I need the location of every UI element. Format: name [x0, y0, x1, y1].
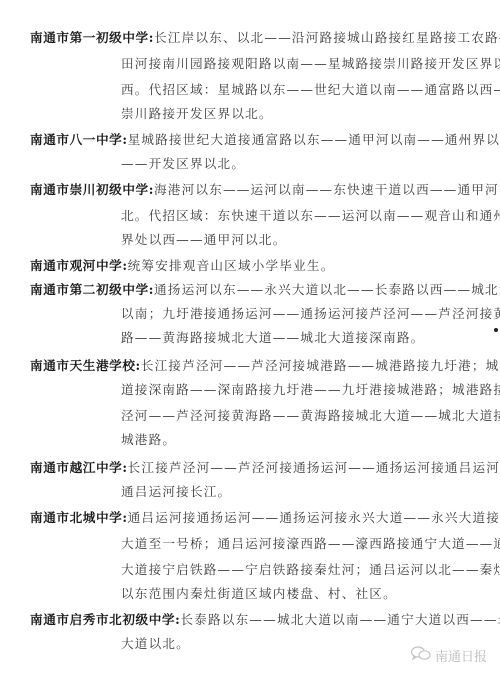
zone-text: 北。代招区域：东快速干道以东——运河以南——观音山和通州交	[121, 208, 500, 224]
zone-text: 以南；九圩港接通扬运河——通扬运河接芦泾河——芦泾河接黄海	[121, 306, 500, 322]
zone-text: 通扬运河以东——永兴大道以北——长泰路以西——城北大道	[154, 282, 500, 297]
zone-text: 大道至一号桥；通吕运河接濠西路——濠西路接通宁大道——通宁	[121, 536, 500, 552]
zone-text: 路——黄海路接城北大道——城北大道接深南路。	[121, 330, 424, 346]
zone-text: 大道接宁启铁路——宁启铁路接秦灶河；通吕运河以北——秦灶河	[121, 562, 500, 578]
zone-text: 泾河——芦泾河接黄海路——黄海路接城北大道——城北大道接	[121, 408, 500, 424]
watermark-text: 南通日报	[435, 646, 487, 665]
wechat-icon	[410, 645, 432, 665]
stray-dot-mark	[494, 328, 498, 332]
zone-text: 统筹安排观音山区域小学毕业生。	[128, 258, 335, 273]
zone-text: 田河接南川园路接观阳路以南——星城路接崇川路接开发区界以	[121, 56, 500, 72]
school-name: 南通市北城中学:	[30, 510, 128, 525]
zone-text: 通吕运河接通扬运河——通扬运河接永兴大道——永兴大道接通宁	[128, 510, 500, 525]
zone-text: 以东范围内秦灶街道区域内楼盘、村、社区。	[121, 586, 397, 602]
zone-text: 大道以北。	[121, 636, 190, 652]
school-name: 南通市启秀市北初级中学:	[30, 612, 180, 627]
zone-text: 西。代招区域：星城路以东——世纪大道以南——通富路以西——	[121, 82, 500, 98]
school-name: 南通市崇川初级中学:	[30, 182, 154, 197]
zone-text: ——开发区界以北。	[121, 156, 245, 172]
zone-text: 长江接芦泾河——芦泾河接城港路——城港路接九圩港；城北大	[141, 358, 500, 373]
school-name: 南通市天生港学校:	[30, 358, 141, 373]
zone-text: 界处以西——通甲河以北。	[121, 232, 287, 248]
zone-text: 海港河以东——运河以南——东快速干道以西——通甲河以	[154, 182, 500, 197]
school-name: 南通市观河中学:	[30, 258, 128, 273]
zone-text: 星城路接世纪大道接通富路以东——通甲河以南——通州界以西	[128, 132, 500, 147]
school-name: 南通市八一中学:	[30, 132, 128, 147]
zone-text: 道接深南路——深南路接九圩港——九圩港接城港路；城港路接芦	[121, 382, 500, 398]
school-name: 南通市第二初级中学:	[30, 282, 154, 297]
zone-text: 崇川路接开发区界以北。	[121, 106, 273, 122]
source-watermark: 南通日报	[410, 645, 487, 665]
zone-text: 长泰路以东——城北大道以南——通宁大道以西——永兴	[180, 612, 500, 627]
zone-text: 城港路。	[121, 432, 176, 448]
zone-text: 长江岸以东、以北——沿河路接城山路接红星路接工农路接学	[154, 30, 500, 45]
zone-text: 通吕运河接长江。	[121, 484, 231, 500]
school-name: 南通市越江中学:	[30, 460, 128, 475]
zone-text: 长江接芦泾河——芦泾河接通扬运河——通扬运河接通吕运河——	[128, 460, 500, 475]
school-name: 南通市第一初级中学:	[30, 30, 154, 45]
